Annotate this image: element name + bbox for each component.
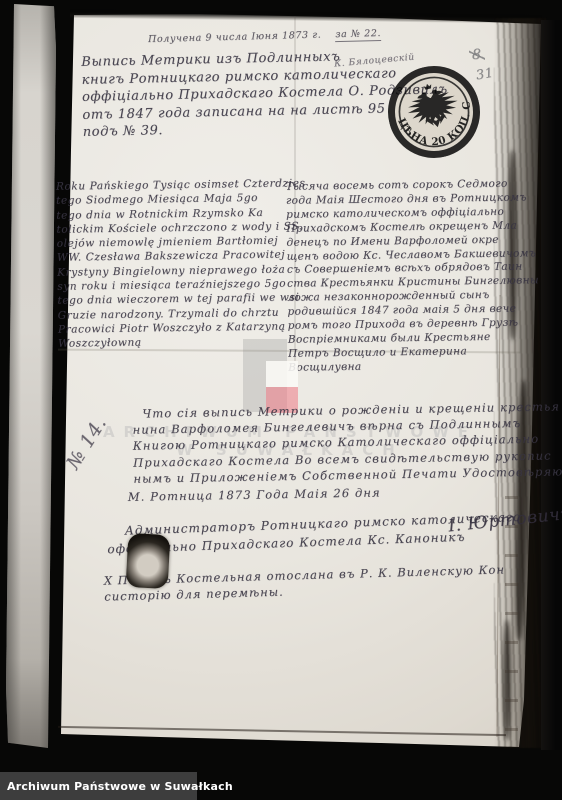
received-note-number: за № 22.: [335, 28, 381, 42]
archive-caption: Archiwum Państwowe w Suwałkach: [7, 780, 233, 793]
archival-photograph: ARCHIWUM PAŃSTWOWE W SUWAŁKACH Получена …: [0, 0, 562, 800]
crossed-page-number: 8: [469, 47, 485, 63]
book-gutter: [541, 20, 562, 750]
wax-seal-mark: [126, 533, 171, 589]
photo-caption-bar: Archiwum Państwowe w Suwałkach: [0, 772, 197, 800]
russian-record-column: Тысяча восемь сотъ сорокъ Седмого года М…: [286, 177, 541, 375]
archive-watermark-white-square: [266, 361, 298, 387]
adjacent-page-edge: [6, 4, 56, 748]
folio-number: 31: [475, 66, 495, 84]
polish-record-column: Roku Pańskiego Tysiąc osimset Czterdzies…: [56, 176, 308, 351]
attestation-paragraph: Что сія выпись Метрики о рожденіи и крещ…: [132, 398, 562, 505]
